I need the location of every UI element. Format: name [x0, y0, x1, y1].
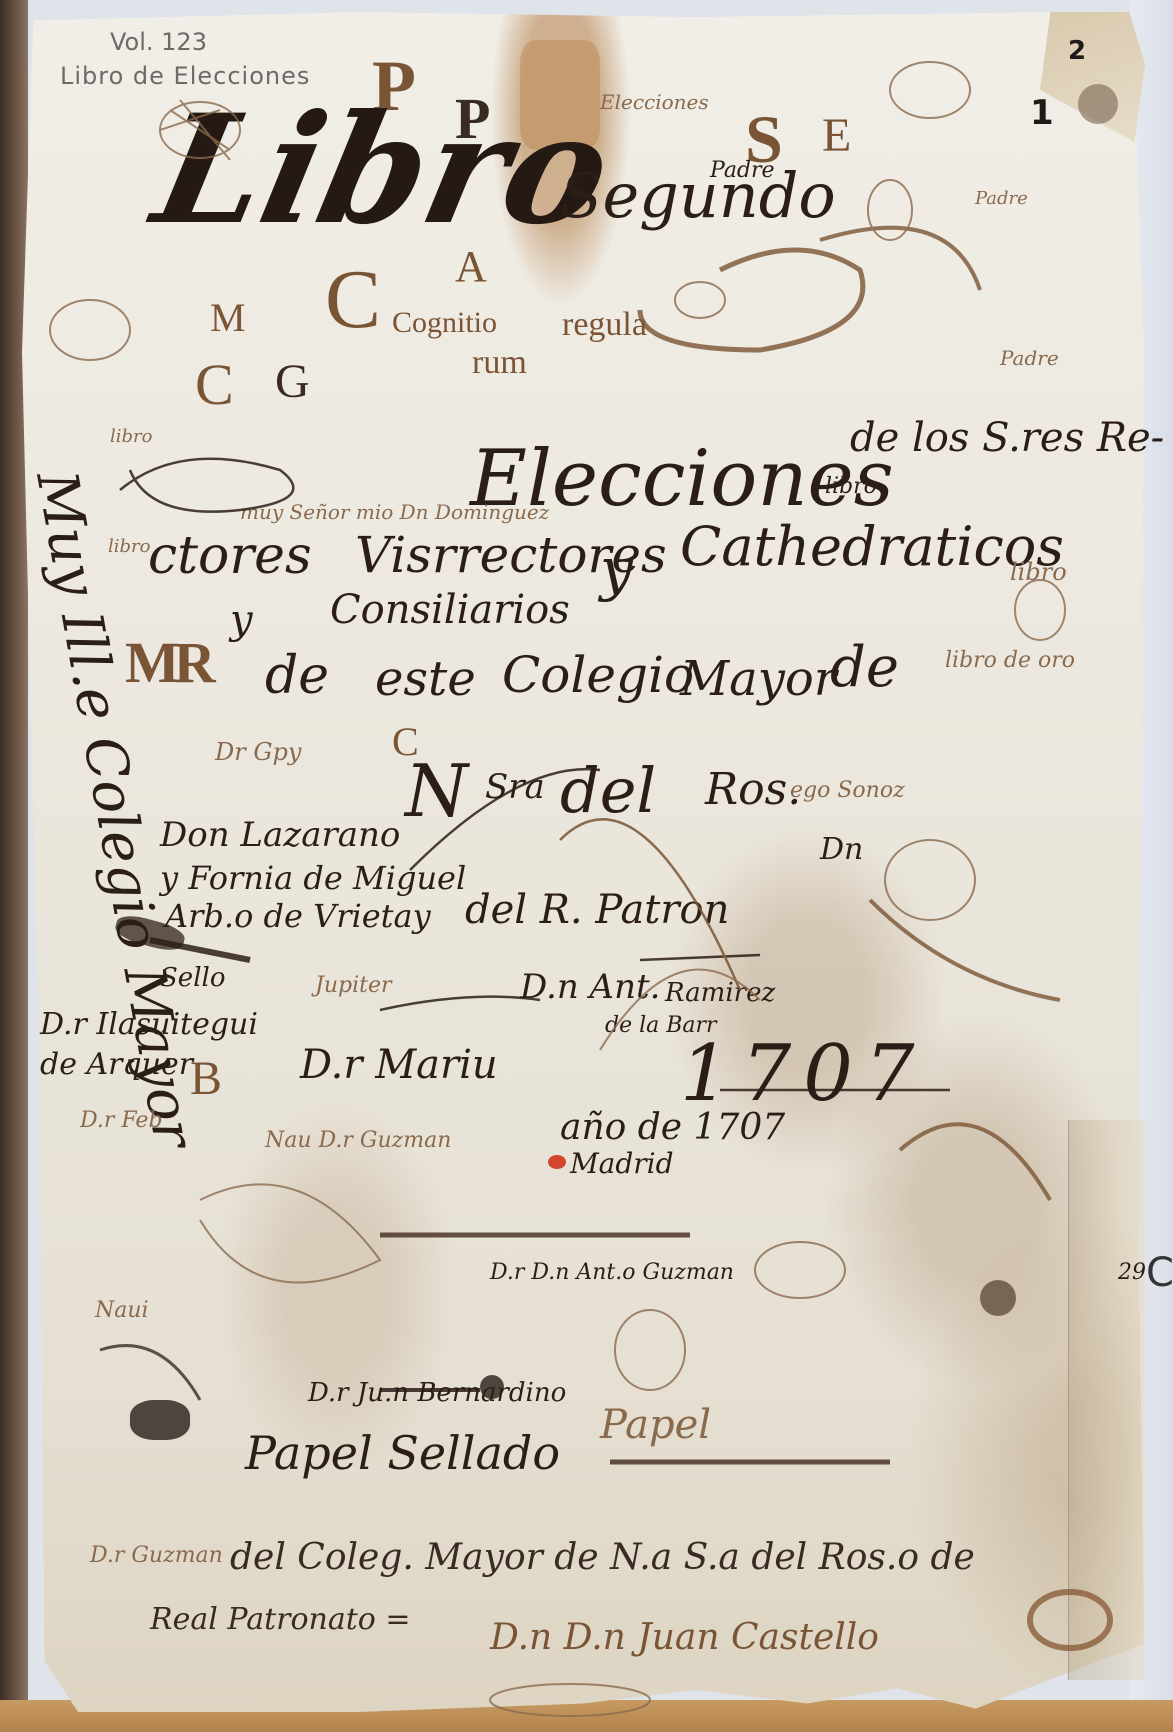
signature-dr-bernardino: D.r Ju.n Bernardino [308, 1380, 566, 1406]
signature-dr-guzman-small: Nau D.r Guzman [265, 1130, 451, 1152]
motto-cognitio: Cognitio [392, 308, 497, 338]
signature-de-arquer: de Arquer [40, 1050, 193, 1080]
signature-del-r-patron: del R. Patron [465, 890, 729, 930]
note-libro-de-oro: libro de oro [945, 650, 1075, 672]
note-dr-gpy: Dr Gpy [215, 740, 301, 764]
book-spine [0, 0, 28, 1732]
note-padre-right: Padre [975, 190, 1028, 208]
signature-dn-ant: D.n Ant. [520, 970, 660, 1004]
ink-stain [130, 1400, 190, 1440]
signature-madrid: Madrid [570, 1150, 674, 1178]
signature-arbo: Arb.o de Vrietay [165, 900, 431, 932]
note-elecciones-small: Elecciones [600, 92, 709, 112]
signature-papel: Papel [600, 1405, 711, 1445]
signature-dr-mariu: D.r Mariu [300, 1045, 498, 1085]
red-seal-mark [548, 1155, 566, 1169]
title-libro: Libro [144, 95, 622, 245]
note-padre: Padre [1000, 348, 1059, 368]
note-ego-sonoz: ego Sonoz [790, 780, 905, 802]
folio-number-margin: 29 [1118, 1262, 1146, 1284]
title-mayor: Mayor [680, 655, 837, 703]
title-segundo: Segundo [560, 165, 836, 227]
title-y-2: y [230, 600, 253, 640]
note-libro-left: libro [110, 428, 152, 446]
folio-number: 1 [1030, 96, 1054, 130]
signature-naui: Naui [95, 1300, 149, 1322]
ornamental-letter-c: C [195, 356, 234, 414]
year-large: 1707 [680, 1035, 927, 1113]
ornamental-monogram-mr: MR [125, 634, 210, 692]
signature-dr-ant-guzman: D.r D.n Ant.o Guzman [490, 1262, 734, 1284]
ink-stain [1078, 84, 1118, 124]
ink-stain [980, 1280, 1016, 1316]
motto-rum: rum [472, 346, 527, 380]
folio-number-corner: 2 [1068, 38, 1086, 64]
signature-jupiter: Jupiter [315, 975, 391, 997]
background-label-fragment: C [1146, 1250, 1173, 1296]
title-rectores: ctores [148, 530, 312, 582]
signature-real-patronato: Real Patronato = [150, 1605, 411, 1635]
note-libro-right: libro [1010, 560, 1067, 584]
ornamental-letter-m: M [210, 298, 246, 338]
title-de-2: de [830, 640, 899, 696]
ornamental-letter-e: E [822, 112, 851, 160]
note-muy-senor: muy Señor mio Dn Dominguez [240, 502, 549, 522]
title-del: del [560, 760, 656, 822]
signature-dr-guzman-bottom: D.r Guzman [90, 1545, 223, 1567]
signature-ramirez: Ramirez [665, 980, 775, 1006]
note-dn: Dn [820, 835, 863, 865]
year-small: año de 1707 [560, 1110, 785, 1146]
title-consiliarios: Consiliarios [330, 590, 570, 630]
signature-papel-sellado: Papel Sellado [245, 1430, 560, 1476]
folded-edge [1068, 1120, 1145, 1680]
title-de: de [265, 650, 329, 702]
note-padre: Padre [710, 160, 775, 182]
title-sra: Sra [485, 770, 545, 804]
signature-dr-ilasuitegui: D.r Ilasuitegui [40, 1010, 258, 1040]
signature-del-coleg: del Coleg. Mayor de N.a S.a del Ros.o de [230, 1540, 975, 1576]
title-y: y [600, 540, 633, 598]
ornamental-letter-c: G [275, 358, 310, 406]
signature-dr-feb: D.r Feb [80, 1110, 163, 1132]
title-cathedraticos: Cathedraticos [680, 520, 1064, 574]
note-libro: libro [825, 476, 877, 498]
signature-juan-castello: D.n D.n Juan Castello [490, 1620, 879, 1656]
signature-sello: Sello [160, 965, 225, 991]
signature-lazarano: Don Lazarano [160, 818, 400, 852]
signature-fornia: y Fornia de Miguel [160, 862, 466, 894]
motto-regula: regula [562, 308, 647, 342]
title-n: N [405, 755, 468, 827]
pencil-volume-label: Vol. 123 [110, 30, 207, 54]
title-colegio: Colegio [502, 650, 694, 700]
note-libro-margin: libro [108, 538, 150, 556]
title-rosario: Ros. [705, 768, 801, 812]
title-este: este [375, 655, 476, 703]
title-de-los-senores: de los S.res Re- [850, 418, 1164, 458]
ornamental-letter-c: C [325, 258, 381, 342]
